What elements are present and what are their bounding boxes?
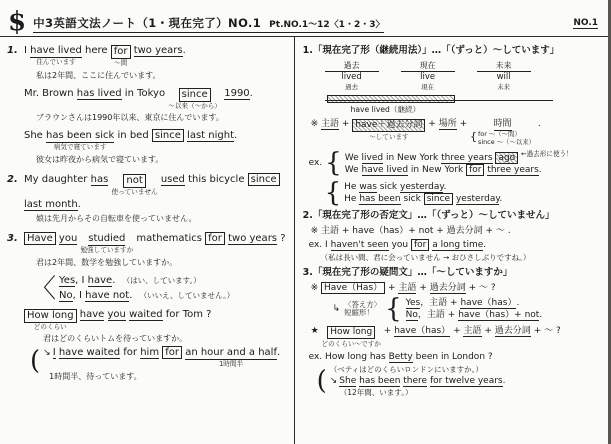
key-underlined: No	[59, 290, 73, 302]
translation-jp: ブラウンさんは1990年以来、東京に住んでいます。	[36, 113, 290, 123]
section-3-heading: 3.「現在完了形の疑問文」…「～していますか」	[303, 267, 604, 279]
en-text: mathematics	[136, 233, 202, 244]
key-boxed: since	[152, 129, 184, 142]
en-text: .	[277, 347, 280, 358]
en-text: been in London	[416, 352, 485, 362]
furigana: 1時間半	[219, 361, 243, 369]
note-jp: （はい、しています。）	[123, 276, 201, 285]
annotated-word: not使っていません	[111, 174, 157, 197]
en-text: How long has	[325, 352, 386, 362]
brace-mark: {	[385, 298, 402, 321]
annotated-word: How longどのくらい	[24, 309, 77, 332]
key-boxed: for	[111, 45, 131, 59]
key-underlined: you	[59, 233, 77, 245]
timeline-headers: 過去 現在 未来	[325, 61, 604, 72]
sentence-4: My daughter has not使っていません used this bic…	[24, 174, 290, 197]
en-text: .	[539, 310, 542, 320]
no-pattern: No，主語 + have（has）+ not.	[406, 309, 543, 322]
en-text: .	[538, 119, 541, 129]
key-boxed: since	[179, 88, 211, 102]
furigana: 病気で寝ています	[54, 144, 107, 152]
en-text: .	[483, 240, 486, 250]
key-underlined: was	[359, 182, 377, 193]
en-text: , I	[75, 275, 84, 286]
en-text: .	[503, 376, 506, 386]
answer-lead: 〈答え方〉 短縮形！	[344, 301, 381, 318]
answer-arrow-icon: ↘	[330, 376, 338, 386]
key-underlined: has been sick	[46, 130, 114, 143]
translation-jp: 君は2年間、数学を勉強していますか。	[36, 258, 290, 268]
plus-sign: +	[384, 326, 392, 336]
en-text: He	[344, 194, 356, 204]
brace-mark: 〈	[30, 278, 56, 301]
title-underline: 中3英語文法ノート（1・現在完了）NO.1 Pt.NO.1～12〈1・2・3〉	[33, 15, 384, 33]
en-text: , I	[73, 290, 82, 301]
en-text: .	[183, 45, 186, 56]
key-underlined: 過去分詞	[430, 283, 466, 294]
key-underlined: has lived	[77, 88, 122, 100]
dollar-logo-icon: $	[8, 11, 26, 33]
yes-no-answers: 〈 Yes, I have. （はい、しています。） No, I have no…	[30, 275, 290, 305]
key-underlined: has been	[359, 376, 400, 387]
example-4-question: ex. How long has Betty been in London ?	[309, 352, 604, 363]
label-future: 未来	[477, 61, 531, 72]
item-number: 3.	[7, 233, 18, 245]
furigana: ～以来（～から）	[168, 103, 221, 111]
key-underlined: used	[161, 174, 185, 186]
key-underlined: there	[403, 376, 427, 387]
key-underlined: 場所	[439, 119, 457, 130]
en-text: in Tokyo	[125, 88, 165, 99]
annotated-word: an hour and a half1時間半	[185, 347, 277, 369]
key-underlined: for twelve years	[430, 376, 503, 387]
verb-present: live	[420, 72, 435, 83]
key-underlined: you	[108, 309, 126, 321]
plus-sign: +	[419, 283, 427, 293]
jp-text: ，主語 +	[420, 298, 457, 308]
example-2a: He was sick yesterday.	[344, 181, 502, 194]
key-boxed: since	[248, 173, 280, 186]
key-underlined: She	[339, 376, 356, 387]
furigana: 使っていません	[111, 189, 157, 197]
label-past: 過去	[325, 61, 379, 72]
timeline-axis	[325, 92, 553, 101]
verb-present-label: 現在	[421, 83, 434, 91]
key-underlined: have waited	[59, 347, 120, 359]
page-title: 中3英語文法ノート（1・現在完了）NO.1	[33, 15, 261, 31]
key-underlined: an hour and a half	[185, 347, 277, 360]
sentence-2: Mr. Brown has lived in Tokyo since～以来（～か…	[24, 88, 290, 111]
key-underlined: last month	[24, 199, 78, 211]
item-3: 3. Have you studied勉強していますか mathematics …	[24, 233, 290, 389]
key-underlined: last night	[187, 130, 234, 142]
page-range: Pt.NO.1～12〈1・2・3〉	[269, 17, 384, 30]
en-text: .	[539, 165, 542, 175]
ex-tag: ex.	[309, 352, 323, 362]
key-underlined: 1990	[224, 88, 249, 100]
example-3: ex. I haven't seen you for a long time.	[309, 240, 604, 251]
time-words-note: {for ～（～間）since ～（～以来）	[470, 131, 535, 146]
en-text: in New York	[411, 165, 463, 175]
key-boxed: How long	[24, 309, 77, 323]
continuation-bar	[327, 95, 455, 103]
example-4-answer-block: ( （ベティはどのくらいロンドンにいますか。） ↘She has been th…	[317, 365, 604, 399]
en-text: .	[112, 275, 115, 286]
verb-future-label: 未来	[497, 83, 510, 91]
yes-pattern: Yes，主語 + have（has）.	[406, 297, 543, 310]
corner-page-number: NO.1	[573, 18, 598, 29]
section-2-heading: 2.「現在完了形の否定文」…「（ずっと）～していません」	[303, 210, 604, 222]
key-underlined: have not	[85, 290, 129, 302]
sentence-4-cont: last month.	[24, 199, 290, 211]
item-1: 1. I have lived住んでいます here for～間 two yea…	[24, 45, 290, 165]
formula-affirmative: ※ 主語 + have＋過去分詞～しています + 場所 + 時間 {for ～（…	[311, 119, 604, 147]
en-text: ?	[206, 309, 211, 320]
key-underlined: I	[53, 347, 56, 359]
key-boxed: How long	[327, 326, 375, 339]
annotated-word: for～間	[111, 45, 131, 68]
key-underlined: a long time	[432, 240, 483, 251]
key-underlined: have（has）+ not	[458, 310, 539, 321]
since-note: since ～（～以来）	[478, 138, 535, 146]
page-header: $ 中3英語文法ノート（1・現在完了）NO.1 Pt.NO.1～12〈1・2・3…	[0, 0, 608, 37]
usage-note: ←過去形に使う！	[521, 150, 573, 158]
item-number: 1.	[7, 45, 18, 57]
translation-jp: 彼女は昨夜から病気で寝ています。	[36, 155, 290, 165]
note-mark: ※	[311, 119, 319, 129]
verb-past-label: 過去	[345, 83, 358, 91]
plus-sign: +	[460, 119, 468, 129]
yes-answer: Yes, I have. （はい、しています。）	[59, 275, 234, 287]
key-underlined: Yes	[59, 275, 75, 287]
annotated-word: studied勉強していますか	[80, 233, 133, 255]
key-underlined: waited	[129, 309, 163, 321]
plus-sign: +	[388, 283, 396, 293]
key-underlined: yesterday	[400, 182, 443, 193]
key-underlined: have	[88, 275, 113, 287]
en-text: + ～ ?	[534, 326, 561, 336]
key-boxed: Have（Has）	[321, 282, 385, 294]
key-boxed: for	[411, 239, 429, 251]
translation-jp: （ベティはどのくらいロンドンにいますか。）	[330, 365, 506, 376]
en-text: He	[344, 182, 356, 192]
timeline-verbs: lived過去 live現在 will未来	[325, 72, 604, 91]
translation-jp: 娘は先月からその自転車を使っていません。	[36, 214, 290, 224]
note-mark: ※	[311, 283, 319, 293]
star-mark: ★	[311, 326, 319, 336]
en-text: My daughter	[24, 174, 87, 185]
annotated-word: have lived住んでいます	[30, 45, 82, 67]
translation-jp: 君はどのくらいトムを待っていますか。	[43, 334, 280, 344]
furigana: ～しています	[369, 133, 409, 141]
plus-sign: +	[484, 326, 492, 336]
annotated-word: How longどのくらい～ですか	[322, 326, 381, 348]
translation-jp: 私は2年間、ここに住んでいます。	[36, 71, 290, 81]
key-underlined: have lived	[362, 165, 409, 176]
key-underlined: have lived	[30, 45, 82, 58]
hook-arrow-icon: ↳	[333, 304, 341, 315]
example-pair-1: ex. { We lived in New York three years a…	[309, 150, 604, 177]
key-underlined: Betty	[389, 352, 413, 363]
key-boxed: for	[162, 346, 182, 359]
en-text: here	[85, 45, 108, 56]
en-text: .	[499, 194, 502, 204]
tense-timeline-diagram: 過去 現在 未来 lived過去 live現在 will未来 have live…	[325, 61, 604, 114]
section-1-heading: 1.「現在完了形（継続用法）」…「（ずっと）～しています」	[303, 45, 604, 57]
plus-sign: +	[453, 326, 461, 336]
key-boxed: not	[123, 174, 145, 188]
continuation-bar-label: have lived（継続）	[351, 105, 604, 114]
furigana: ～間	[114, 60, 127, 68]
key-boxed-hatched: have＋過去分詞	[352, 119, 425, 132]
en-text: I	[325, 240, 328, 250]
sentence-7: ↘I have waited for him for an hour and a…	[43, 347, 280, 369]
item-2: 2. My daughter has not使っていません used this …	[24, 174, 290, 225]
key-boxed: Have	[24, 232, 56, 245]
key-underlined: has been	[359, 194, 400, 205]
brace-mark: {	[325, 182, 342, 205]
key-underlined: lived	[362, 153, 384, 164]
key-underlined: two years	[228, 233, 277, 245]
plus-sign: +	[342, 119, 350, 129]
key-underlined: have（has）	[460, 298, 516, 309]
key-underlined: haven't seen	[331, 240, 389, 251]
furigana: 住んでいます	[36, 59, 76, 67]
en-text: We	[345, 165, 359, 175]
en-text: in bed	[118, 130, 149, 141]
formula-negative: ※ 主語 + have（has）+ not + 過去分詞 + ～ .	[311, 226, 604, 237]
key-boxed: for	[466, 164, 484, 176]
key-underlined: yesterday	[456, 194, 499, 205]
en-text: .	[443, 182, 446, 192]
translation-jp: （12年間、います。）	[340, 388, 506, 399]
en-text: .	[234, 130, 237, 141]
key-underlined: has	[91, 174, 109, 186]
furigana: 勉強していますか	[80, 247, 133, 255]
annotated-word: has been sick病気で寝ています	[46, 130, 114, 152]
note-jp: （いいえ、していません。）	[140, 291, 235, 300]
en-text: .	[516, 298, 519, 308]
en-text: + ～ ?	[469, 283, 496, 293]
en-text: We	[345, 153, 359, 163]
en-text: you	[392, 240, 409, 250]
key-underlined: have（has）	[394, 326, 450, 337]
notebook-page: $ 中3英語文法ノート（1・現在完了）NO.1 Pt.NO.1～12〈1・2・3…	[0, 0, 611, 444]
example-pair-2: { He was sick yesterday. He has been sic…	[325, 181, 604, 206]
en-text: in New York	[386, 153, 438, 163]
en-text: ?	[488, 352, 493, 362]
en-text: for	[123, 347, 137, 358]
annotated-word: since～以来（～から）	[168, 88, 221, 111]
paren-mark: (	[317, 370, 327, 393]
key-underlined: three years	[441, 153, 492, 164]
furigana: どのくらい	[34, 324, 67, 332]
key-underlined: 主語	[398, 283, 416, 294]
translation-jp: （私は長い間、君に会っていません → おひさしぶりですね。）	[321, 253, 604, 262]
answer-lead-2: 短縮形！	[344, 309, 381, 318]
en-text: I	[24, 45, 27, 56]
verb-future: will	[497, 72, 511, 83]
sentence-3: She has been sick病気で寝ています in bed since l…	[24, 130, 290, 152]
jp-text: ，主語 +	[418, 310, 455, 320]
en-text: Mr. Brown	[24, 88, 74, 99]
example-2b: He has been sick since yesterday.	[344, 193, 502, 206]
example-1b: We have lived in New York for three year…	[345, 164, 573, 177]
furigana: どのくらい～ですか	[322, 340, 381, 348]
key-underlined: studied	[88, 233, 125, 246]
ex-tag: ex.	[309, 158, 323, 169]
verb-past: lived	[341, 72, 361, 83]
brace-mark: {	[470, 131, 477, 142]
ex-tag: ex.	[309, 240, 323, 250]
translation-jp: 1時間半、待っています。	[49, 372, 280, 382]
key-underlined: 主語	[463, 326, 481, 337]
left-column: 1. I have lived住んでいます here for～間 two yea…	[0, 37, 294, 444]
plus-sign: +	[428, 119, 436, 129]
paren-mark: (	[30, 350, 40, 373]
en-text: .	[250, 88, 253, 99]
formula-howlong: ★ How longどのくらい～ですか + have（has） + 主語 + 過…	[311, 326, 604, 348]
howlong-qa-block: ( 君はどのくらいトムを待っていますか。 ↘I have waited for …	[30, 334, 290, 388]
key-underlined: have	[80, 309, 105, 321]
en-text: sick	[403, 194, 420, 204]
key-boxed: since	[424, 193, 453, 205]
en-text: ?	[280, 233, 285, 244]
sentence-5: Have you studied勉強していますか mathematics for…	[24, 233, 290, 255]
key-underlined: him	[140, 347, 159, 359]
key-underlined: No	[406, 310, 418, 321]
brace-mark: {	[325, 152, 342, 175]
key-boxed-hatched: ago	[495, 152, 518, 164]
annotated-word: 時間 {for ～（～間）since ～（～以来）	[470, 119, 535, 147]
annotated-word: have＋過去分詞～しています	[352, 119, 425, 141]
key-underlined: Yes	[406, 298, 421, 309]
en-text: this bicycle	[188, 174, 244, 185]
example-1a: We lived in New York three years ago ←過去…	[345, 150, 573, 165]
en-text: .	[78, 199, 81, 210]
en-text: She	[24, 130, 43, 141]
sentence-6: How longどのくらい have you waited for Tom ?	[24, 309, 290, 332]
key-underlined: two years	[134, 45, 183, 57]
en-text: for Tom	[166, 309, 203, 320]
example-4-answer: ↘She has been there for twelve years.	[330, 375, 506, 388]
key-underlined: three years	[487, 165, 538, 176]
label-present: 現在	[401, 61, 455, 72]
sentence-1: I have lived住んでいます here for～間 two years.	[24, 45, 290, 68]
no-answer: No, I have not. （いいえ、していません。）	[59, 290, 234, 302]
right-column: 1.「現在完了形（継続用法）」…「（ずっと）～しています」 過去 現在 未来 l…	[294, 37, 608, 444]
en-text: sick	[380, 182, 397, 192]
answer-pattern-block: ↳ 〈答え方〉 短縮形！ { Yes，主語 + have（has）. No，主語…	[333, 297, 604, 322]
item-number: 2.	[7, 174, 18, 186]
key-underlined: 過去分詞	[495, 326, 531, 337]
answer-arrow-icon: ↘	[43, 348, 51, 358]
key-underlined: 主語	[321, 119, 339, 130]
formula-question: ※ Have（Has） + 主語 + 過去分詞 + ～ ?	[311, 283, 604, 294]
en-text: .	[129, 290, 132, 301]
key-boxed: for	[205, 232, 225, 245]
